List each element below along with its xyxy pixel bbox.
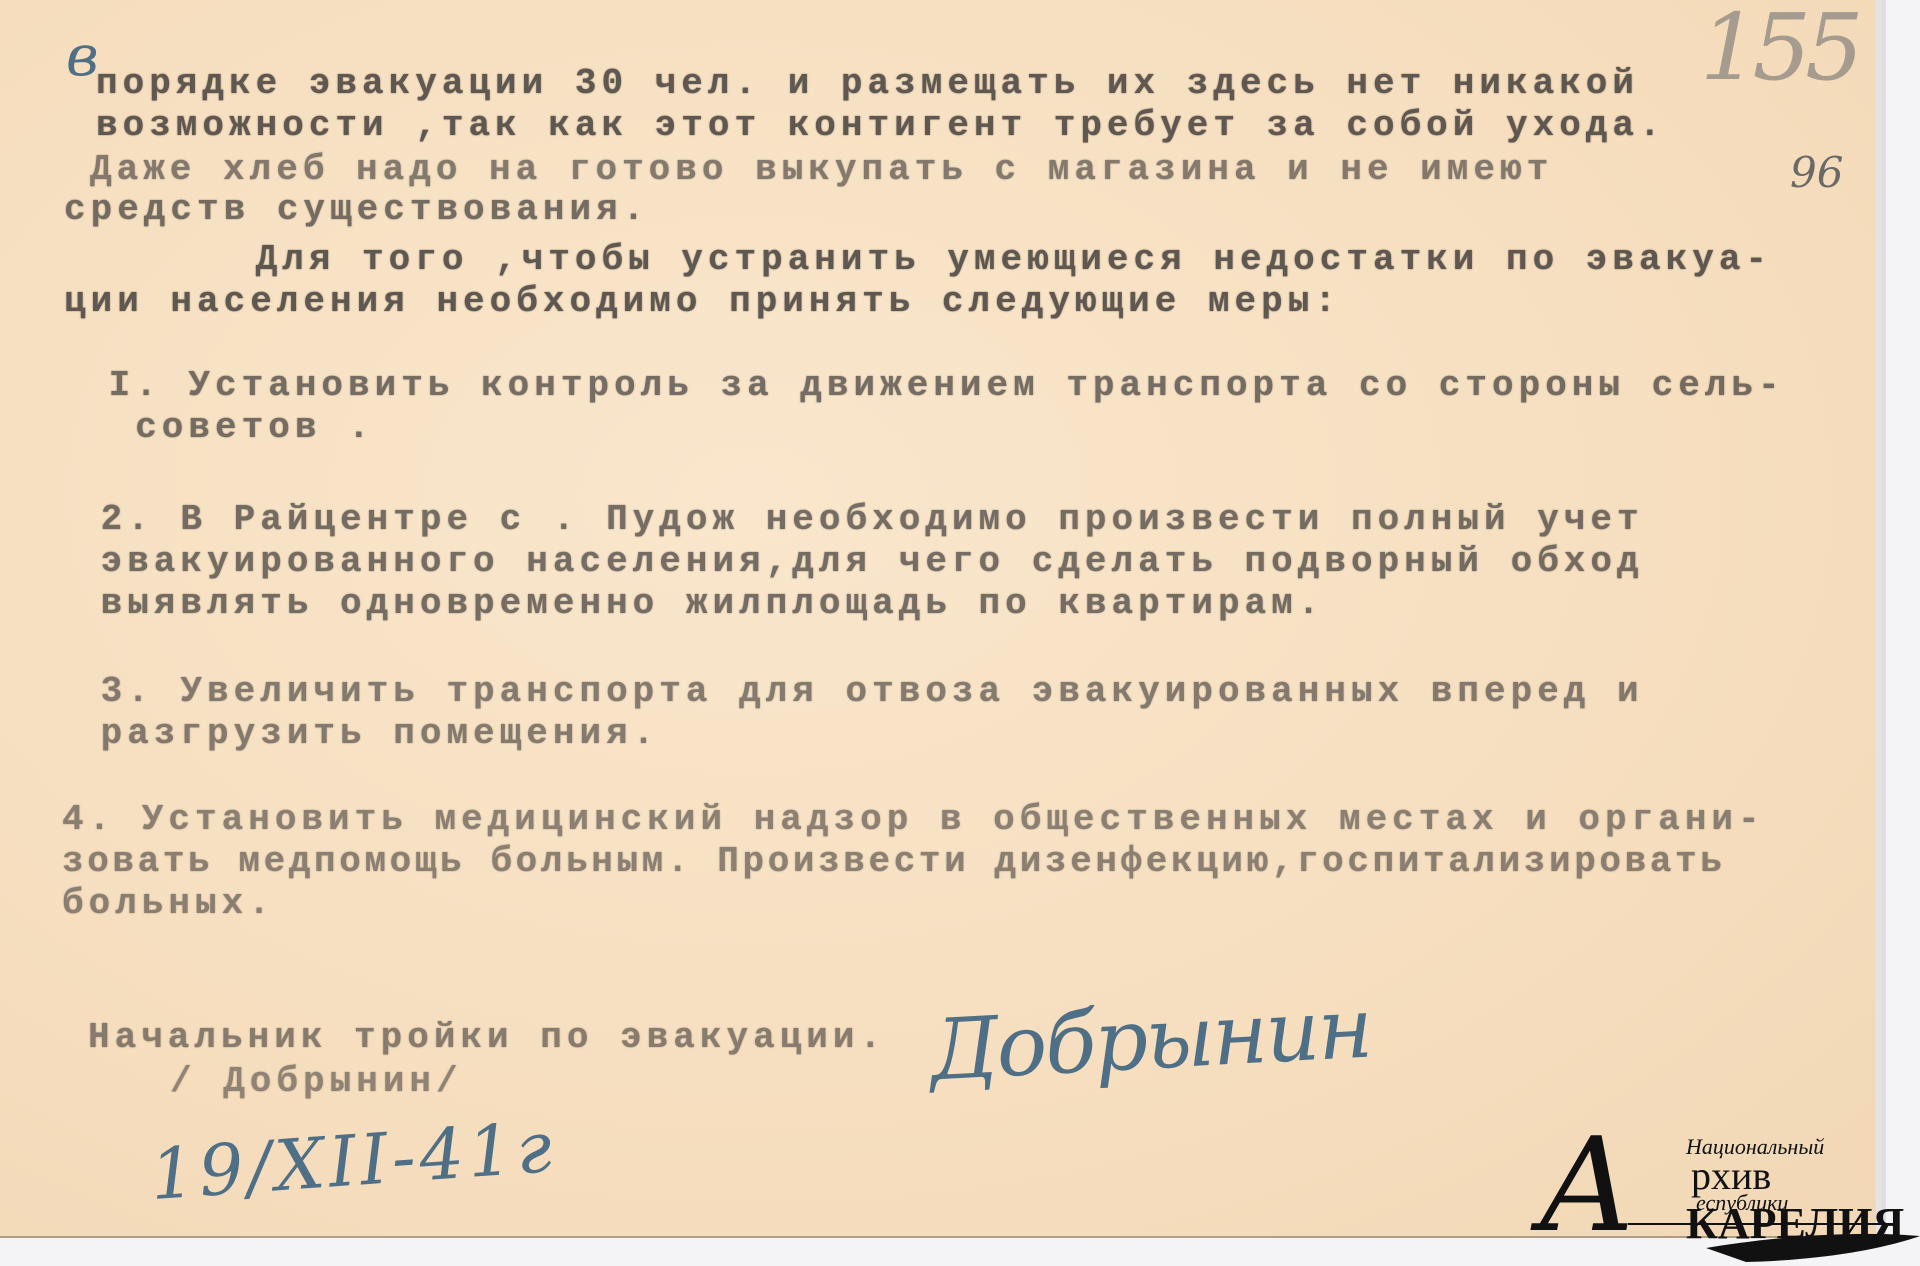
text-line: выявлять одновременно жилплощадь по квар…	[74, 584, 1324, 624]
signatory-title: Начальник тройки по эвакуации.	[88, 1018, 886, 1058]
text-line: Даже хлеб надо на готово выкупать с мага…	[90, 150, 1553, 190]
sheet-number-ink: 96	[1790, 148, 1843, 197]
text-line: больных.	[62, 884, 275, 924]
archive-logo: А Национальный рхив еспублики КАРЕЛИЯ	[1536, 1100, 1920, 1266]
logo-rule	[1628, 1223, 1898, 1225]
text-line: ции населения необходимо принять следующ…	[64, 282, 1341, 322]
text-line: порядке эвакуации 30 чел. и размещать их…	[96, 64, 1639, 104]
signatory-name: / Добрынин/	[170, 1062, 463, 1102]
text-line: 2. В Райцентре с . Пудож необходимо прои…	[74, 500, 1644, 540]
text-line: Для того ,чтобы устранить умеющиеся недо…	[96, 240, 1772, 280]
sheet-number-pencil: 155	[1700, 0, 1858, 101]
margin-note: в	[66, 24, 99, 89]
logo-initials: А	[1538, 1120, 1636, 1250]
text-line: возможности ,так как этот контигент треб…	[96, 106, 1666, 146]
page-edge	[1876, 0, 1886, 1240]
text-line: эвакуированного населения,для чего сдела…	[74, 542, 1644, 582]
text-line: разгрузить помещения.	[74, 714, 659, 754]
text-line: средств существования.	[64, 190, 649, 230]
text-line: 3. Увеличить транспорта для отвоза эваку…	[74, 672, 1644, 712]
quill-feather-icon	[1706, 1228, 1920, 1266]
text-line: зовать медпомощь больным. Произвести диз…	[62, 842, 1725, 882]
text-line: советов .	[82, 408, 375, 448]
text-line: I. Установить контроль за движением тран…	[82, 366, 1785, 406]
text-line: 4. Установить медицинский надзор в общес…	[62, 800, 1765, 840]
